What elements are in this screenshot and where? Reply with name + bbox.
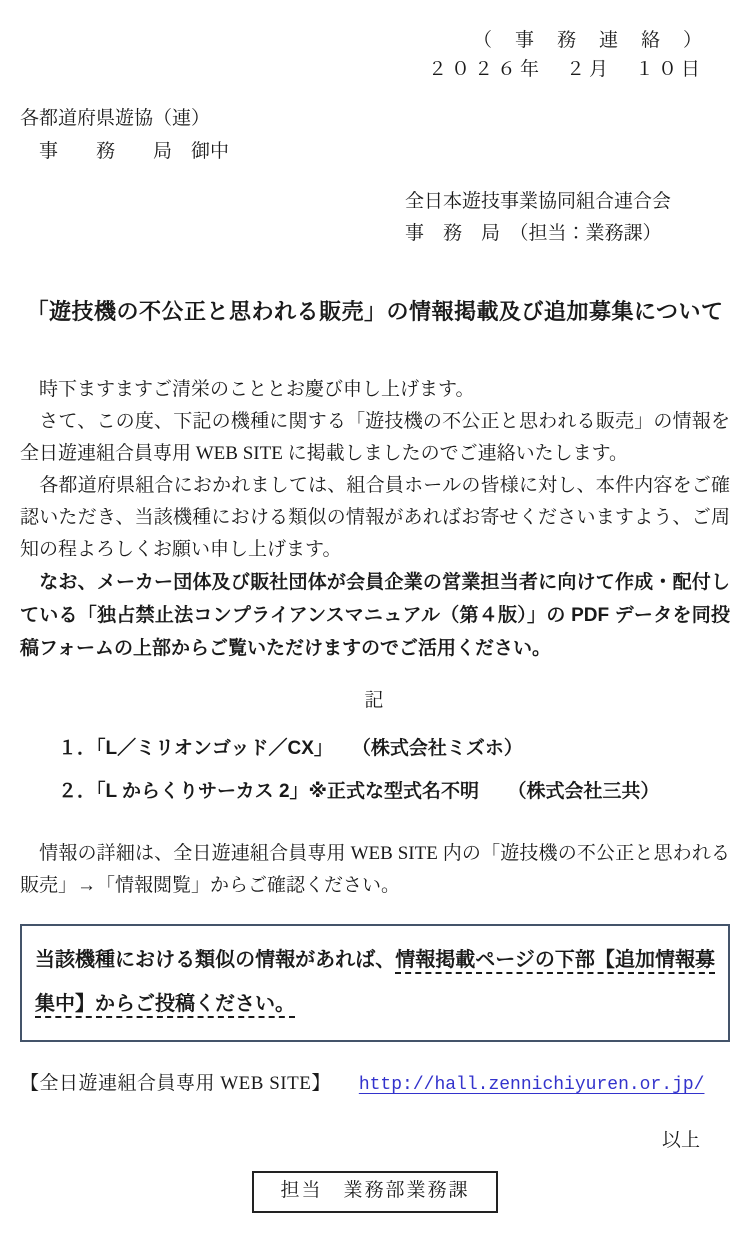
ki-marker: 記 [20,685,730,717]
paragraph-announcement: さて、この度、下記の機種に関する「遊技機の不公正と思われる販売」の情報を全日遊連… [20,406,730,470]
doc-type-label: （ 事 務 連 絡 ） [20,26,704,55]
header-right-block: （ 事 務 連 絡 ） ２０２６年 ２月 １０日 [20,26,730,84]
closing-ijou: 以上 [20,1125,730,1157]
machine-list-item-2: ２．「L からくりサーカス 2」※正式な型式名不明 （株式会社三共） [58,776,730,808]
doc-date: ２０２６年 ２月 １０日 [20,55,704,84]
machine-list: １．「L／ミリオンゴッド／CX」 （株式会社ミズホ） ２．「L からくりサーカス… [58,733,730,808]
notice-box: 当該機種における類似の情報があれば、情報掲載ページの下部【追加情報募集中】からご… [20,924,730,1042]
paragraph-greeting: 時下ますますご清栄のこととお慶び申し上げます。 [20,374,730,406]
paragraph-request: 各都道府県組合におかれましては、組合員ホールの皆様に対し、本件内容をご確認いただ… [20,470,730,566]
paragraph-detail-info: 情報の詳細は、全日遊連組合員専用 WEB SITE 内の「遊技機の不公正と思われ… [20,838,730,902]
machine-list-item-1: １．「L／ミリオンゴッド／CX」 （株式会社ミズホ） [58,733,730,765]
website-label: 【全日遊連組合員専用 WEB SITE】 [20,1068,331,1100]
contact-wrap: 担当 業務部業務課 [20,1171,730,1213]
addressee-line2: 事 務 局 御中 [20,135,730,168]
website-link[interactable]: http://hall.zennichiyuren.or.jp/ [359,1069,705,1101]
website-row: 【全日遊連組合員専用 WEB SITE】 http://hall.zennich… [20,1068,730,1101]
paragraph-manual-note: なお、メーカー団体及び販社団体が会員企業の営業担当者に向けて作成・配付している「… [20,566,730,665]
notice-prefix: 当該機種における類似の情報があれば、 [35,949,395,971]
document-page: （ 事 務 連 絡 ） ２０２６年 ２月 １０日 各都道府県遊協（連） 事 務 … [0,0,750,1243]
document-title: 「遊技機の不公正と思われる販売」の情報掲載及び追加募集について [20,296,730,328]
addressee-block: 各都道府県遊協（連） 事 務 局 御中 [20,102,730,168]
sender-block: 全日本遊技事業協同組合連合会 事 務 局 （担当：業務課） [405,186,730,250]
sender-dept: 事 務 局 （担当：業務課） [405,218,730,250]
addressee-line1: 各都道府県遊協（連） [20,102,730,135]
sender-org: 全日本遊技事業協同組合連合会 [405,186,730,218]
contact-box: 担当 業務部業務課 [252,1171,497,1213]
body-block: 時下ますますご清栄のこととお慶び申し上げます。 さて、この度、下記の機種に関する… [20,374,730,665]
